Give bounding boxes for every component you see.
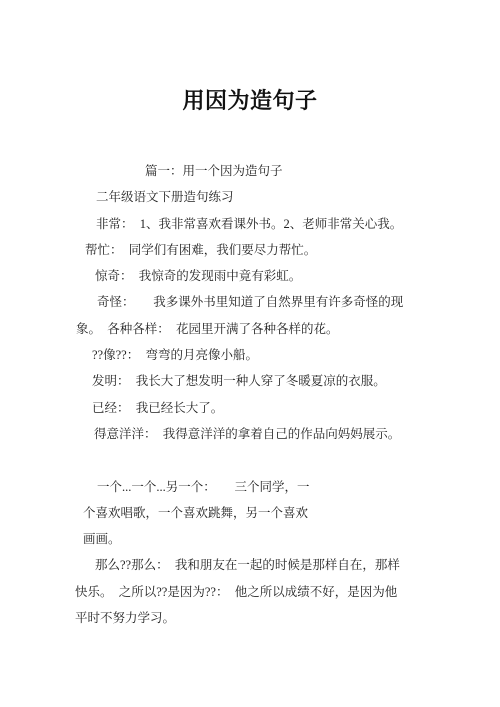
text-line: 二年级语文下册造句练习 xyxy=(0,184,500,210)
text-line: 得意洋洋： 我得意洋洋的拿着自己的作品向妈妈展示。 xyxy=(0,421,500,447)
text-line: 象。 各种各样： 花园里开满了各种各样的花。 xyxy=(0,316,500,342)
text-line: 个喜欢唱歌，一个喜欢跳舞，另一个喜欢 xyxy=(0,500,500,526)
document-title: 用因为造句子 xyxy=(0,86,500,116)
blank-line xyxy=(0,447,500,473)
text-line: 篇一：用一个因为造句子 xyxy=(0,158,500,184)
text-line: 画画。 xyxy=(0,526,500,552)
text-line: 奇怪： 我多课外书里知道了自然界里有许多奇怪的现 xyxy=(0,289,500,315)
text-line: 快乐。 之所以??是因为??： 他之所以成绩不好，是因为他 xyxy=(0,579,500,605)
text-line: ??像??： 弯弯的月亮像小船。 xyxy=(0,342,500,368)
text-line: 发明： 我长大了想发明一种人穿了冬暖夏凉的衣服。 xyxy=(0,368,500,394)
document-page: 用因为造句子 篇一：用一个因为造句子二年级语文下册造句练习非常： 1、我非常喜欢… xyxy=(0,0,500,707)
text-line: 惊奇： 我惊奇的发现雨中竟有彩虹。 xyxy=(0,263,500,289)
document-body: 篇一：用一个因为造句子二年级语文下册造句练习非常： 1、我非常喜欢看课外书。2、… xyxy=(0,158,500,631)
text-line: 非常： 1、我非常喜欢看课外书。2、老师非常关心我。 xyxy=(0,211,500,237)
text-line: 那么??那么： 我和朋友在一起的时候是那样自在，那样 xyxy=(0,552,500,578)
text-line: 帮忙： 同学们有困难，我们要尽力帮忙。 xyxy=(0,237,500,263)
text-line: 已经： 我已经长大了。 xyxy=(0,395,500,421)
text-line: 一个...一个...另一个： 三个同学，一 xyxy=(0,474,500,500)
text-line: 平时不努力学习。 xyxy=(0,605,500,631)
